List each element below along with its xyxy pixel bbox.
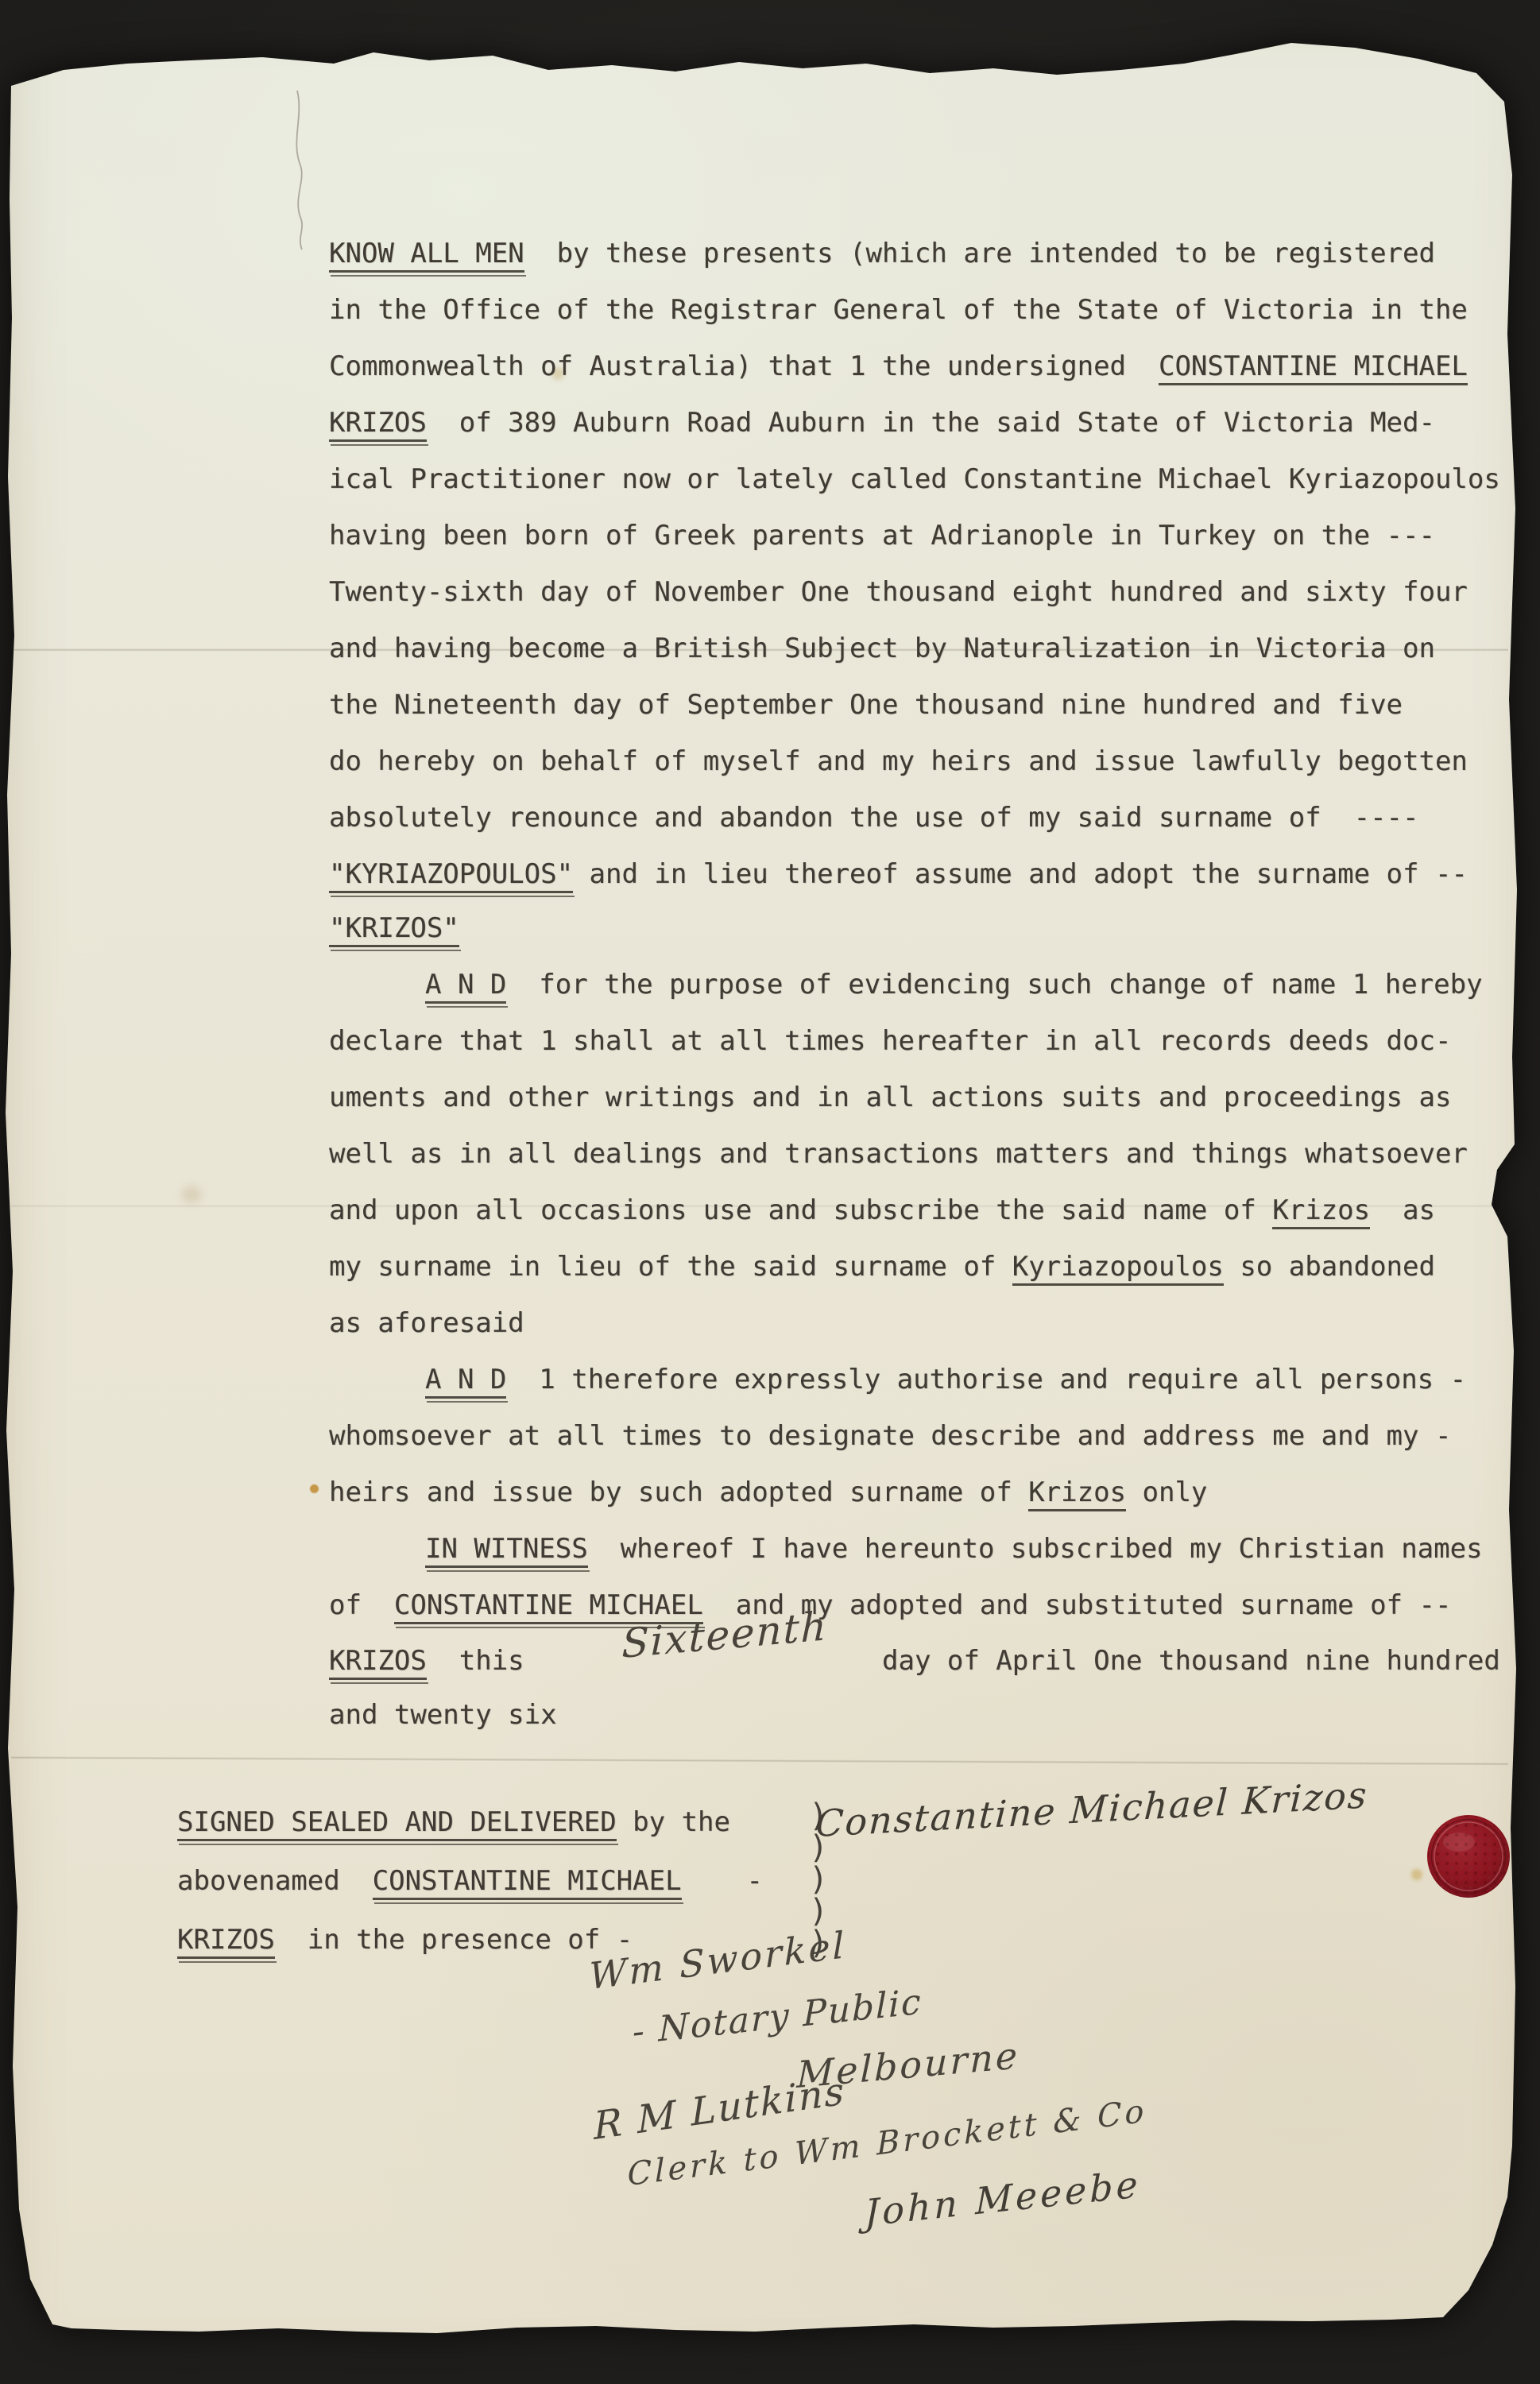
notary-title: - Notary Public <box>633 1981 923 2053</box>
paper: KNOW ALL MEN by these presents (which ar… <box>0 0 1540 2384</box>
typed-text: for the purpose of evidencing such chang… <box>506 969 1482 1000</box>
typed-text: 1 therefore expressly authorise and requ… <box>506 1364 1466 1395</box>
pencil-mark <box>280 79 327 254</box>
typed-line: uments and other writings and in all act… <box>329 1082 1451 1113</box>
typed-line: "KYRIAZOPOULOS" and in lieu thereof assu… <box>329 858 1468 893</box>
typed-text: do hereby on behalf of myself and my hei… <box>329 745 1468 777</box>
typed-text: of 389 Auburn Road Auburn in the said St… <box>427 407 1435 439</box>
typed-line: ical Practitioner now or lately called C… <box>329 463 1500 495</box>
typed-text: and in lieu thereof assume and adopt the… <box>573 858 1468 890</box>
typed-text: and twenty six <box>329 1699 557 1731</box>
typed-line: SIGNED SEALED AND DELIVERED by the <box>177 1806 730 1841</box>
typed-text: of <box>329 1589 394 1621</box>
typed-text: as aforesaid <box>329 1307 524 1339</box>
typed-text: my surname in lieu of the said surname o… <box>329 1251 1012 1283</box>
document-scan: KNOW ALL MEN by these presents (which ar… <box>0 0 1540 2384</box>
typed-text-underlined: SIGNED SEALED AND DELIVERED <box>177 1806 617 1841</box>
typed-text: and having become a British Subject by N… <box>329 633 1435 664</box>
typed-line: Twenty-sixth day of November One thousan… <box>329 576 1468 608</box>
typed-text: Commonwealth of Australia) that 1 the un… <box>329 350 1159 382</box>
typed-line: well as in all dealings and transactions… <box>329 1138 1468 1170</box>
typed-text-underlined: KRIZOS <box>329 1645 427 1680</box>
typed-text: only <box>1126 1476 1207 1508</box>
typed-text: so abandoned <box>1224 1251 1435 1283</box>
typed-text: abovenamed <box>177 1865 373 1897</box>
typed-text-underlined: "KRIZOS" <box>329 912 459 947</box>
typed-text-underlined: CONSTANTINE MICHAEL <box>1159 350 1468 385</box>
witness-signature-3: John Meeebe <box>865 2162 1141 2235</box>
typed-line: abovenamed CONSTANTINE MICHAEL - <box>177 1865 763 1900</box>
paper-stain <box>1411 1869 1422 1880</box>
typed-text-underlined: CONSTANTINE MICHAEL <box>373 1865 682 1900</box>
typed-line: of CONSTANTINE MICHAEL and my adopted an… <box>329 1589 1451 1624</box>
typed-text: by these presents (which are intended to… <box>524 238 1435 269</box>
typed-line: heirs and issue by such adopted surname … <box>329 1476 1207 1511</box>
typed-text-underlined: A N D <box>425 1364 506 1399</box>
typed-text: whereof I have hereunto subscribed my Ch… <box>588 1533 1483 1565</box>
typed-line: in the Office of the Registrar General o… <box>329 294 1468 326</box>
typed-text: absolutely renounce and abandon the use … <box>329 802 1418 834</box>
ink-fleck <box>310 1484 319 1493</box>
typed-text-underlined: Kyriazopoulos <box>1012 1251 1224 1286</box>
typed-text-underlined: IN WITNESS <box>425 1533 588 1568</box>
typed-line: as aforesaid <box>329 1307 524 1339</box>
typed-line: KRIZOS in the presence of - <box>177 1924 633 1959</box>
typed-text: in the presence of - <box>275 1924 633 1956</box>
typed-text: this <box>427 1645 524 1677</box>
typed-text: by the <box>617 1806 730 1838</box>
typed-text: and upon all occasions use and subscribe… <box>329 1194 1272 1226</box>
typed-line: KRIZOS of 389 Auburn Road Auburn in the … <box>329 407 1435 442</box>
typed-text: well as in all dealings and transactions… <box>329 1138 1468 1170</box>
typed-line: KNOW ALL MEN by these presents (which ar… <box>329 238 1435 273</box>
fold-crease-lower <box>11 1756 1508 1766</box>
typed-line: do hereby on behalf of myself and my hei… <box>329 745 1468 777</box>
typed-text: whomsoever at all times to designate des… <box>329 1420 1451 1452</box>
typed-text-underlined: KRIZOS <box>177 1924 275 1959</box>
typed-text-underlined: "KYRIAZOPOULOS" <box>329 858 573 893</box>
typed-line: and upon all occasions use and subscribe… <box>329 1194 1435 1229</box>
typed-text: - <box>682 1865 763 1897</box>
typed-line: Commonwealth of Australia) that 1 the un… <box>329 350 1468 385</box>
typed-text: heirs and issue by such adopted surname … <box>329 1476 1028 1508</box>
paper-shadow-wrap: KNOW ALL MEN by these presents (which ar… <box>0 0 1540 2384</box>
typed-text: the Nineteenth day of September One thou… <box>329 689 1403 721</box>
typed-line: A N D for the purpose of evidencing such… <box>425 969 1483 1004</box>
red-wax-seal <box>1426 1813 1511 1899</box>
typed-line: my surname in lieu of the said surname o… <box>329 1251 1435 1286</box>
typed-text: ical Practitioner now or lately called C… <box>329 463 1500 495</box>
typed-line: and twenty six <box>329 1699 557 1731</box>
typed-line: A N D 1 therefore expressly authorise an… <box>425 1364 1466 1399</box>
typed-text: in the Office of the Registrar General o… <box>329 294 1468 326</box>
typed-text: declare that 1 shall at all times hereaf… <box>329 1025 1451 1057</box>
typed-text-underlined: A N D <box>425 969 506 1004</box>
typed-text-underlined: KRIZOS <box>329 407 427 442</box>
typed-line: having been born of Greek parents at Adr… <box>329 520 1435 551</box>
typed-text-underlined: Krizos <box>1028 1476 1126 1511</box>
typed-line: "KRIZOS" <box>329 912 459 947</box>
paper-stain <box>181 1186 202 1203</box>
typed-text: having been born of Greek parents at Adr… <box>329 520 1435 551</box>
typed-text: Twenty-sixth day of November One thousan… <box>329 576 1468 608</box>
typed-line: declare that 1 shall at all times hereaf… <box>329 1025 1451 1057</box>
principal-signature: Constantine Michael Krizos <box>814 1773 1369 1845</box>
typed-line: IN WITNESS whereof I have hereunto subsc… <box>425 1533 1483 1568</box>
typed-line: KRIZOS this day of April One thousand ni… <box>329 1645 1500 1680</box>
typed-line: and having become a British Subject by N… <box>329 633 1435 664</box>
typed-text: as <box>1370 1194 1435 1226</box>
typed-line: absolutely renounce and abandon the use … <box>329 802 1418 834</box>
typed-text: day of April One thousand nine hundred <box>882 1645 1500 1677</box>
typed-line: the Nineteenth day of September One thou… <box>329 689 1403 721</box>
typed-text: uments and other writings and in all act… <box>329 1082 1451 1113</box>
typed-text-underlined: KNOW ALL MEN <box>329 238 524 273</box>
typed-line: whomsoever at all times to designate des… <box>329 1420 1451 1452</box>
typed-text-underlined: Krizos <box>1272 1194 1370 1229</box>
